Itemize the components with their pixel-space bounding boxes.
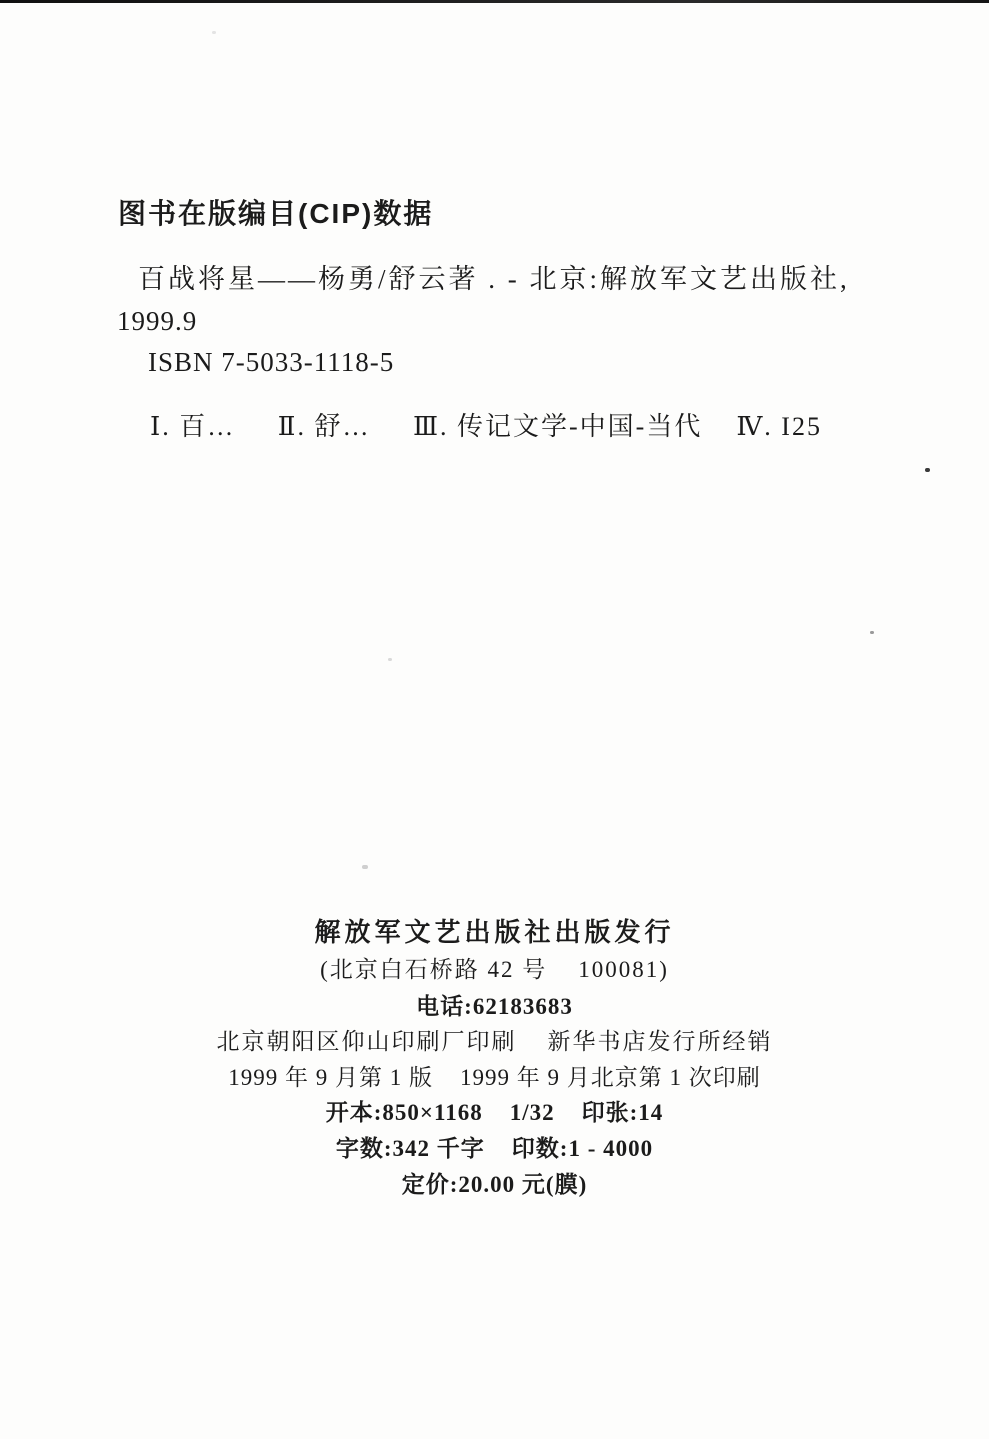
colophon-price-line: 定价:20.00 元(膜) (0, 1172, 989, 1198)
scan-speck (212, 31, 216, 34)
scan-speck (388, 658, 392, 661)
scan-speck (362, 865, 368, 869)
colophon-wordcount-line: 字数:342 千字 印数:1 - 4000 (0, 1136, 989, 1162)
colophon-address-line: (北京白石桥路 42 号 100081) (0, 957, 989, 983)
cip-year-line: 1999.9 (117, 306, 197, 337)
colophon-printer-line: 北京朝阳区仰山印刷厂印刷 新华书店发行所经销 (0, 1029, 989, 1055)
cip-heading: 图书在版编目(CIP)数据 (118, 198, 433, 230)
cip-isbn-line: ISBN 7-5033-1118-5 (148, 347, 394, 378)
colophon-phone-line: 电话:62183683 (0, 994, 989, 1020)
scan-speck (925, 468, 930, 472)
cip-title-line: 百战将星——杨勇/舒云著 . - 北京:解放军文艺出版社, (138, 264, 850, 295)
colophon-publisher-line: 解放军文艺出版社出版发行 (0, 918, 989, 948)
colophon-edition-line: 1999 年 9 月第 1 版 1999 年 9 月北京第 1 次印刷 (0, 1065, 989, 1091)
scan-edge-artifact (0, 0, 989, 3)
scan-speck (870, 631, 874, 634)
cip-classification-line: Ⅰ. 百… Ⅱ. 舒… Ⅲ. 传记文学-中国-当代 Ⅳ. I25 (150, 412, 822, 442)
colophon-format-line: 开本:850×1168 1/32 印张:14 (0, 1100, 989, 1126)
copyright-page: 图书在版编目(CIP)数据 百战将星——杨勇/舒云著 . - 北京:解放军文艺出… (0, 0, 989, 1439)
